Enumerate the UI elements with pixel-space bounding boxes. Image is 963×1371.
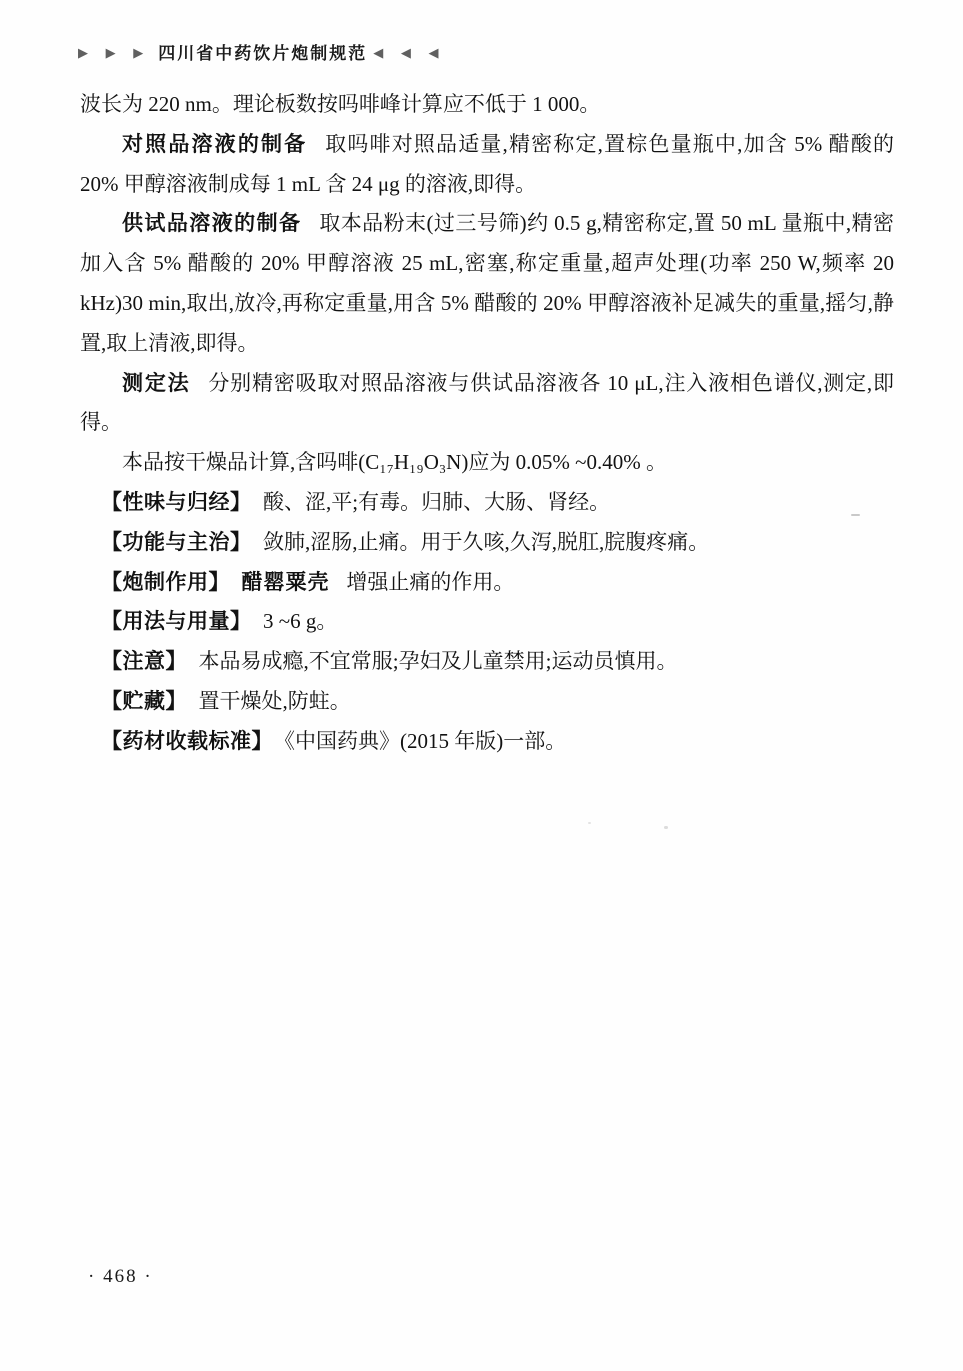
section-material-standard-text: 《中国药典》(2015 年版)一部。: [285, 729, 567, 753]
para-reference-solution: 对照品溶液的制备取吗啡对照品适量,精密称定,置棕色量瓶中,加含 5% 醋酸的 2…: [80, 125, 894, 205]
para-assay-text: 分别精密吸取对照品溶液与供试品溶液各 10 μL,注入液相色谱仪,测定,即得。: [80, 371, 894, 435]
page-number: · 468 ·: [88, 1266, 153, 1288]
running-header: ▶ ▶ ▶ 四川省中药饮片炮制规范 ◀ ◀ ◀: [78, 39, 445, 64]
section-dosage: 【用法与用量】3 ~6 g。: [80, 602, 894, 642]
section-storage: 【贮藏】置干燥处,防蛀。: [80, 682, 894, 722]
para-assay-method: 测定法分别精密吸取对照品溶液与供试品溶液各 10 μL,注入液相色谱仪,测定,即…: [80, 364, 894, 444]
book-title: 四川省中药饮片炮制规范: [158, 39, 367, 64]
header-left-arrows-icon: ▶ ▶ ▶: [78, 46, 150, 59]
para-wavelength-text: 波长为 220 nm。理论板数按吗啡峰计算应不低于 1 000。: [80, 92, 600, 116]
section-storage-label: 【贮藏】: [101, 690, 187, 713]
section-material-standard-label: 【药材收载标准】: [101, 730, 273, 753]
scan-artifact: [851, 514, 860, 516]
para-reference-label: 对照品溶液的制备: [122, 133, 307, 156]
section-taste-meridian-label: 【性味与归经】: [101, 491, 252, 514]
section-caution-text: 本品易成瘾,不宜常服;孕妇及儿童禁用;运动员慎用。: [199, 649, 678, 673]
scan-artifact: [588, 822, 591, 824]
para-test-solution: 供试品溶液的制备取本品粉末(过三号筛)约 0.5 g,精密称定,置 50 mL …: [80, 204, 894, 363]
para-test-label: 供试品溶液的制备: [122, 212, 301, 235]
section-taste-meridian: 【性味与归经】酸、涩,平;有毒。归肺、大肠、肾经。: [80, 483, 894, 523]
section-dosage-label: 【用法与用量】: [101, 610, 252, 633]
section-processing-effect-text: 增强止痛的作用。: [346, 570, 514, 594]
para-content-limit-text: 本品按干燥品计算,含吗啡(C₁₇H₁₉O₃N)应为 0.05% ~0.40% 。: [122, 450, 667, 474]
section-function-indication-label: 【功能与主治】: [101, 531, 252, 554]
section-storage-text: 置干燥处,防蛀。: [199, 689, 351, 713]
section-caution: 【注意】本品易成瘾,不宜常服;孕妇及儿童禁用;运动员慎用。: [80, 642, 894, 682]
book-page: ▶ ▶ ▶ 四川省中药饮片炮制规范 ◀ ◀ ◀ 波长为 220 nm。理论板数按…: [0, 0, 963, 1371]
para-assay-label: 测定法: [122, 372, 190, 395]
section-processing-effect-subject: 醋罂粟壳: [242, 571, 330, 594]
scan-artifact: [664, 826, 668, 829]
section-processing-effect-label: 【炮制作用】: [101, 571, 230, 594]
section-function-indication-text: 敛肺,涩肠,止痛。用于久咳,久泻,脱肛,脘腹疼痛。: [263, 530, 709, 554]
section-processing-effect: 【炮制作用】醋罂粟壳增强止痛的作用。: [80, 563, 894, 603]
section-taste-meridian-text: 酸、涩,平;有毒。归肺、大肠、肾经。: [263, 490, 610, 514]
section-function-indication: 【功能与主治】敛肺,涩肠,止痛。用于久咳,久泻,脱肛,脘腹疼痛。: [80, 523, 894, 563]
section-caution-label: 【注意】: [101, 650, 187, 673]
para-content-limit: 本品按干燥品计算,含吗啡(C₁₇H₁₉O₃N)应为 0.05% ~0.40% 。: [80, 443, 894, 483]
para-wavelength: 波长为 220 nm。理论板数按吗啡峰计算应不低于 1 000。: [80, 85, 894, 125]
section-dosage-text: 3 ~6 g。: [263, 609, 337, 633]
header-right-arrows-icon: ◀ ◀ ◀: [373, 46, 445, 59]
section-material-standard: 【药材收载标准】《中国药典》(2015 年版)一部。: [80, 722, 894, 762]
page-body: 波长为 220 nm。理论板数按吗啡峰计算应不低于 1 000。 对照品溶液的制…: [80, 85, 894, 762]
